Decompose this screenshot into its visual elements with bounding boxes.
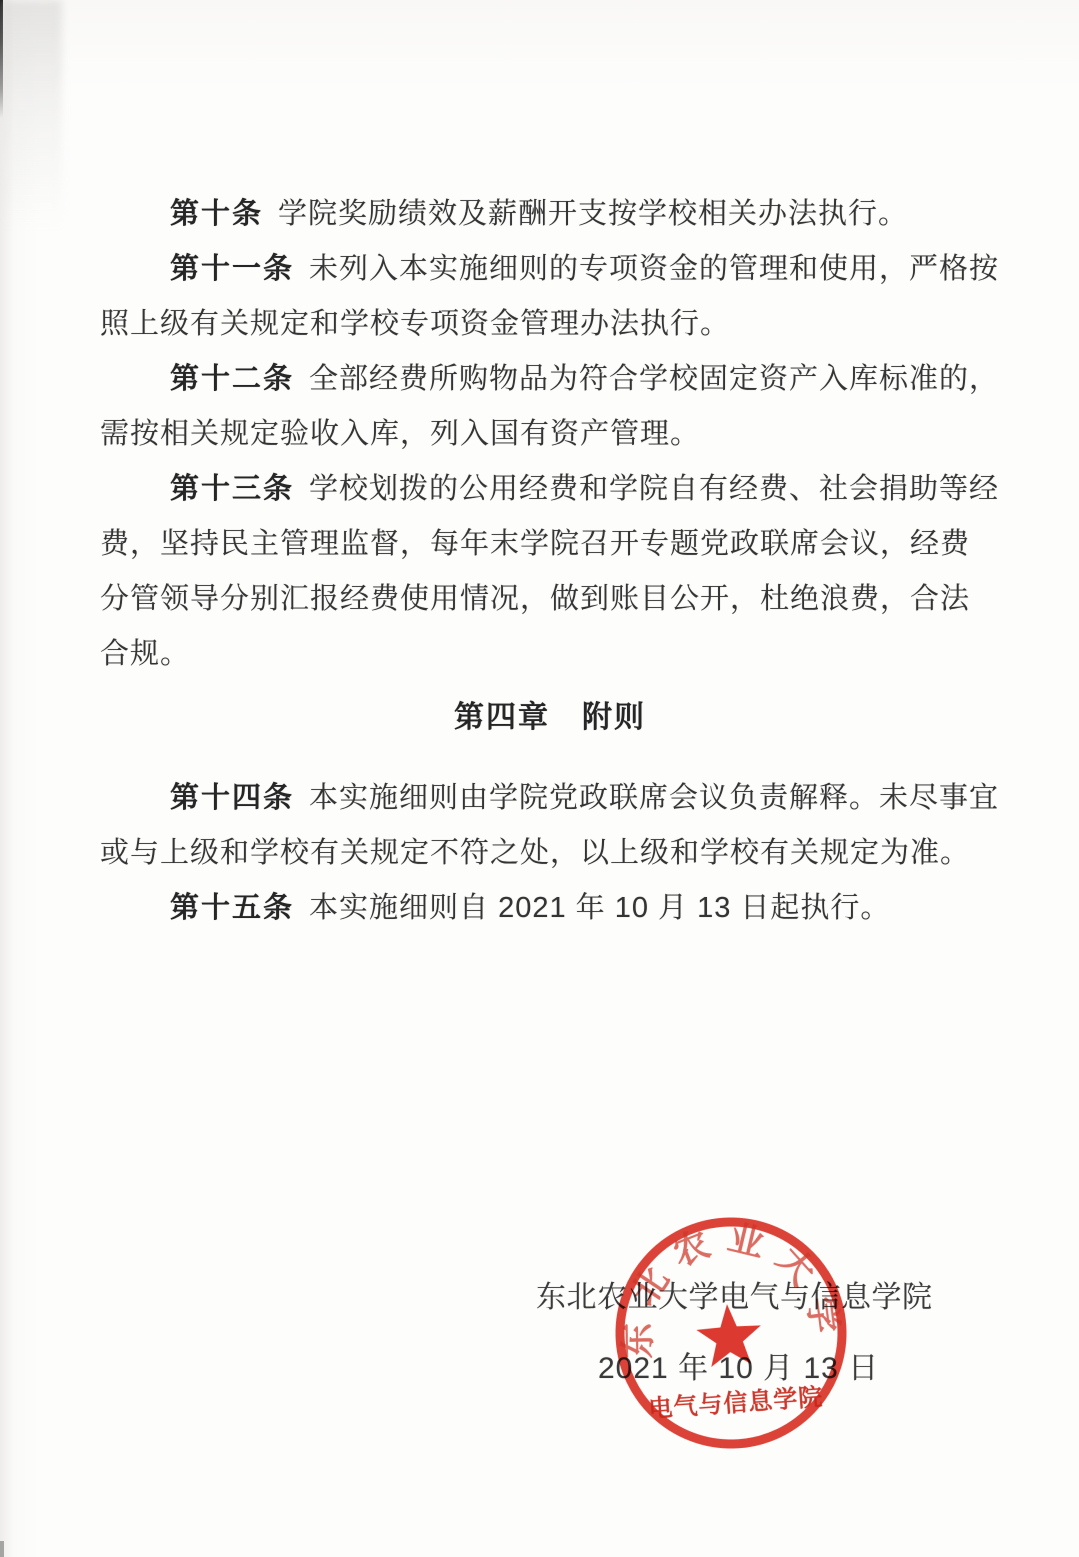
seal-star-icon: [695, 1302, 764, 1368]
official-seal: 东北农业大学 电气与信息学院: [582, 1184, 881, 1483]
signature-block: 东北农业大学电气与信息学院 2021 年 10 月 13 日: [0, 0, 1079, 1557]
scanned-document-page: 第十条学院奖励绩效及薪酬开支按学校相关办法执行。 第十一条未列入本实施细则的专项…: [0, 0, 1079, 1557]
